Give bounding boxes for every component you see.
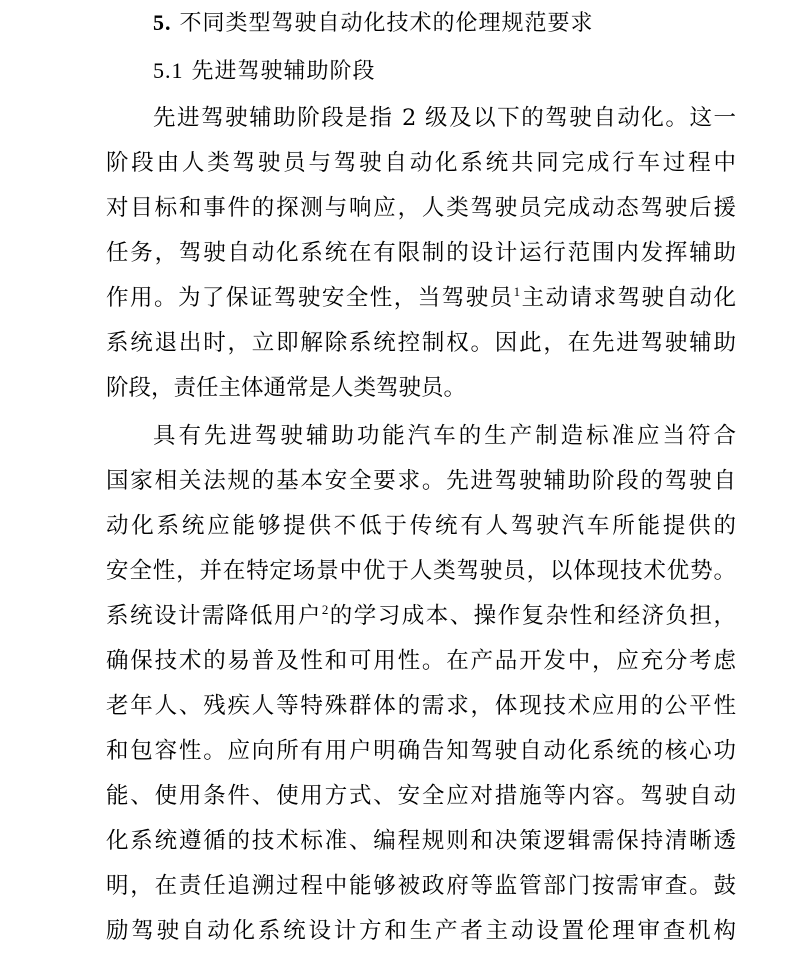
paragraph-2-line-8: 和包容性。应向所有用户明确告知驾驶自动化系统的核心功: [106, 734, 736, 768]
section-heading: 5. 不同类型驾驶自动化技术的伦理规范要求: [153, 6, 594, 41]
line-text: 系统设计需降低用户: [106, 603, 322, 629]
paragraph-2-line-12: 励驾驶自动化系统设计方和生产者主动设置伦理审查机构: [106, 914, 736, 948]
paragraph-1-line-2: 阶段由人类驾驶员与驾驶自动化系统共同完成行车过程中: [106, 146, 736, 180]
paragraph-2-line-4: 安全性，并在特定场景中优于人类驾驶员，以体现技术优势。: [106, 554, 736, 588]
paragraph-2-line-9: 能、使用条件、使用方式、安全应对措施等内容。驾驶自动: [106, 779, 736, 813]
paragraph-1-line-6: 系统退出时，立即解除系统控制权。因此，在先进驾驶辅助: [106, 326, 736, 360]
document-page: 5. 不同类型驾驶自动化技术的伦理规范要求 5.1 先进驾驶辅助阶段 先进驾驶辅…: [0, 0, 796, 957]
paragraph-2-line-3: 动化系统应能够提供不低于传统有人驾驶汽车所能提供的: [106, 509, 736, 543]
paragraph-2-line-2: 国家相关法规的基本安全要求。先进驾驶辅助阶段的驾驶自: [106, 464, 736, 498]
paragraph-1-line-3: 对目标和事件的探测与响应，人类驾驶员完成动态驾驶后援: [106, 191, 736, 225]
paragraph-2-line-7: 老年人、残疾人等特殊群体的需求，体现技术应用的公平性: [106, 689, 736, 723]
subsection-heading: 5.1 先进驾驶辅助阶段: [153, 54, 376, 89]
paragraph-1-line-4: 任务，驾驶自动化系统在有限制的设计运行范围内发挥辅助: [106, 236, 736, 270]
paragraph-2-line-1: 具有先进驾驶辅助功能汽车的生产制造标准应当符合: [153, 419, 736, 453]
subsection-number: 5.1: [153, 58, 184, 83]
line-text: 作用。为了保证驾驶安全性，当驾驶员: [106, 285, 514, 311]
subsection-title: 先进驾驶辅助阶段: [192, 59, 376, 84]
line-text: 的学习成本、操作复杂性和经济负担，: [328, 603, 736, 629]
paragraph-2-line-10: 化系统遵循的技术标准、编程规则和决策逻辑需保持清晰透: [106, 824, 736, 858]
section-number: 5.: [153, 10, 172, 35]
paragraph-2-line-6: 确保技术的易普及性和可用性。在产品开发中，应充分考虑: [106, 644, 736, 678]
paragraph-2-line-5: 系统设计需降低用户2的学习成本、操作复杂性和经济负担，: [106, 599, 736, 633]
paragraph-1-line-5: 作用。为了保证驾驶安全性，当驾驶员1主动请求驾驶自动化: [106, 281, 736, 315]
section-title: 不同类型驾驶自动化技术的伦理规范要求: [180, 11, 594, 36]
line-text: 主动请求驾驶自动化: [520, 285, 736, 311]
paragraph-1-line-7: 阶段，责任主体通常是人类驾驶员。: [106, 371, 736, 405]
paragraph-2-line-11: 明，在责任追溯过程中能够被政府等监管部门按需审查。鼓: [106, 869, 736, 903]
paragraph-1-line-1: 先进驾驶辅助阶段是指 2 级及以下的驾驶自动化。这一: [153, 101, 736, 135]
